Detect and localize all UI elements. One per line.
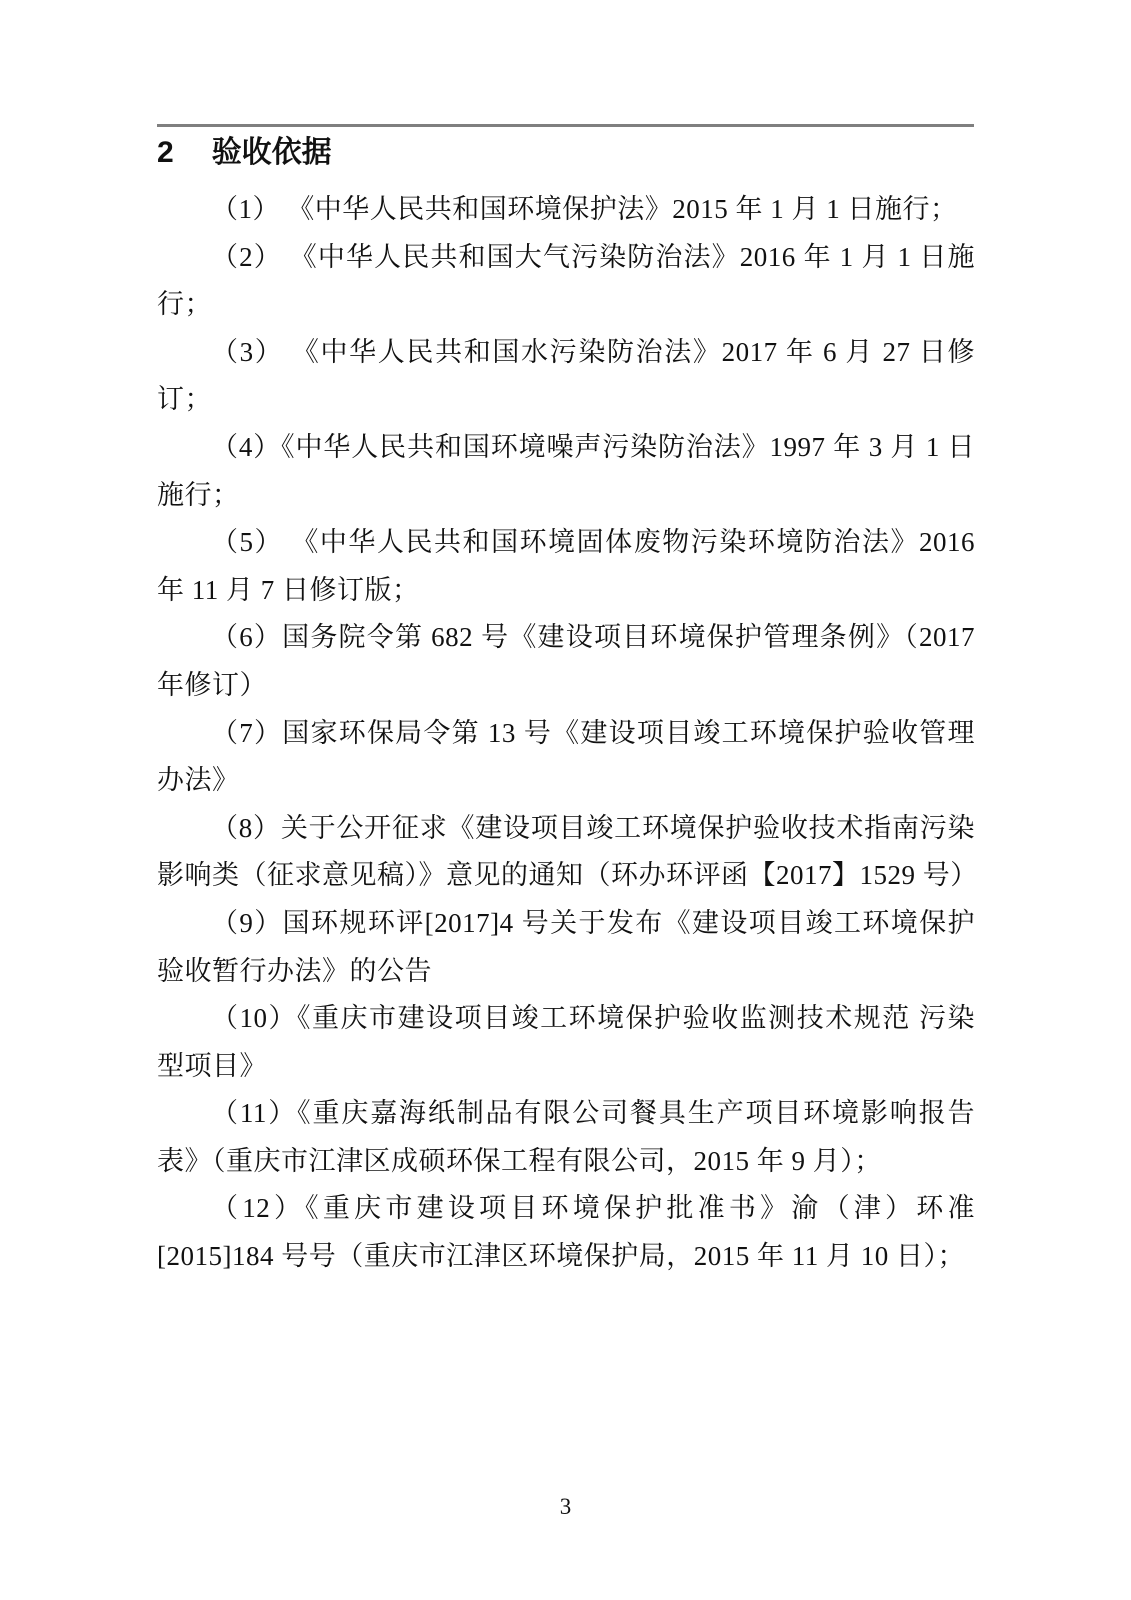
list-item: （1） 《中华人民共和国环境保护法》2015 年 1 月 1 日施行； [157, 186, 975, 234]
list-item: （4）《中华人民共和国环境噪声污染防治法》1997 年 3 月 1 日施行； [157, 424, 975, 519]
list-item: （10）《重庆市建设项目竣工环境保护验收监测技术规范 污染型项目》 [157, 995, 975, 1090]
list-item: （11）《重庆嘉海纸制品有限公司餐具生产项目环境影响报告表》（重庆市江津区成硕环… [157, 1090, 975, 1185]
section-number: 2 [157, 133, 174, 173]
list-item: （8）关于公开征求《建设项目竣工环境保护验收技术指南污染影响类（征求意见稿）》意… [157, 805, 975, 900]
list-item: （2） 《中华人民共和国大气污染防治法》2016 年 1 月 1 日施行； [157, 234, 975, 329]
list-item: （3） 《中华人民共和国水污染防治法》2017 年 6 月 27 日修订； [157, 329, 975, 424]
list-item: （6）国务院令第 682 号《建设项目环境保护管理条例》（2017 年修订） [157, 614, 975, 709]
section-heading: 2验收依据 [157, 133, 332, 173]
list-item: （9）国环规环评[2017]4 号关于发布《建设项目竣工环境保护验收暂行办法》的… [157, 900, 975, 995]
list-item: （7）国家环保局令第 13 号《建设项目竣工环境保护验收管理办法》 [157, 710, 975, 805]
section-title: 验收依据 [212, 136, 332, 169]
list-item: （5） 《中华人民共和国环境固体废物污染环境防治法》2016 年 11 月 7 … [157, 519, 975, 614]
page-number: 3 [0, 1492, 1131, 1522]
document-page: 2验收依据 （1） 《中华人民共和国环境保护法》2015 年 1 月 1 日施行… [0, 0, 1131, 1600]
legal-reference-list: （1） 《中华人民共和国环境保护法》2015 年 1 月 1 日施行； （2） … [157, 186, 975, 1281]
header-rule [157, 124, 974, 127]
list-item: （12）《重庆市建设项目环境保护批准书》渝（津）环准[2015]184 号号（重… [157, 1185, 975, 1280]
